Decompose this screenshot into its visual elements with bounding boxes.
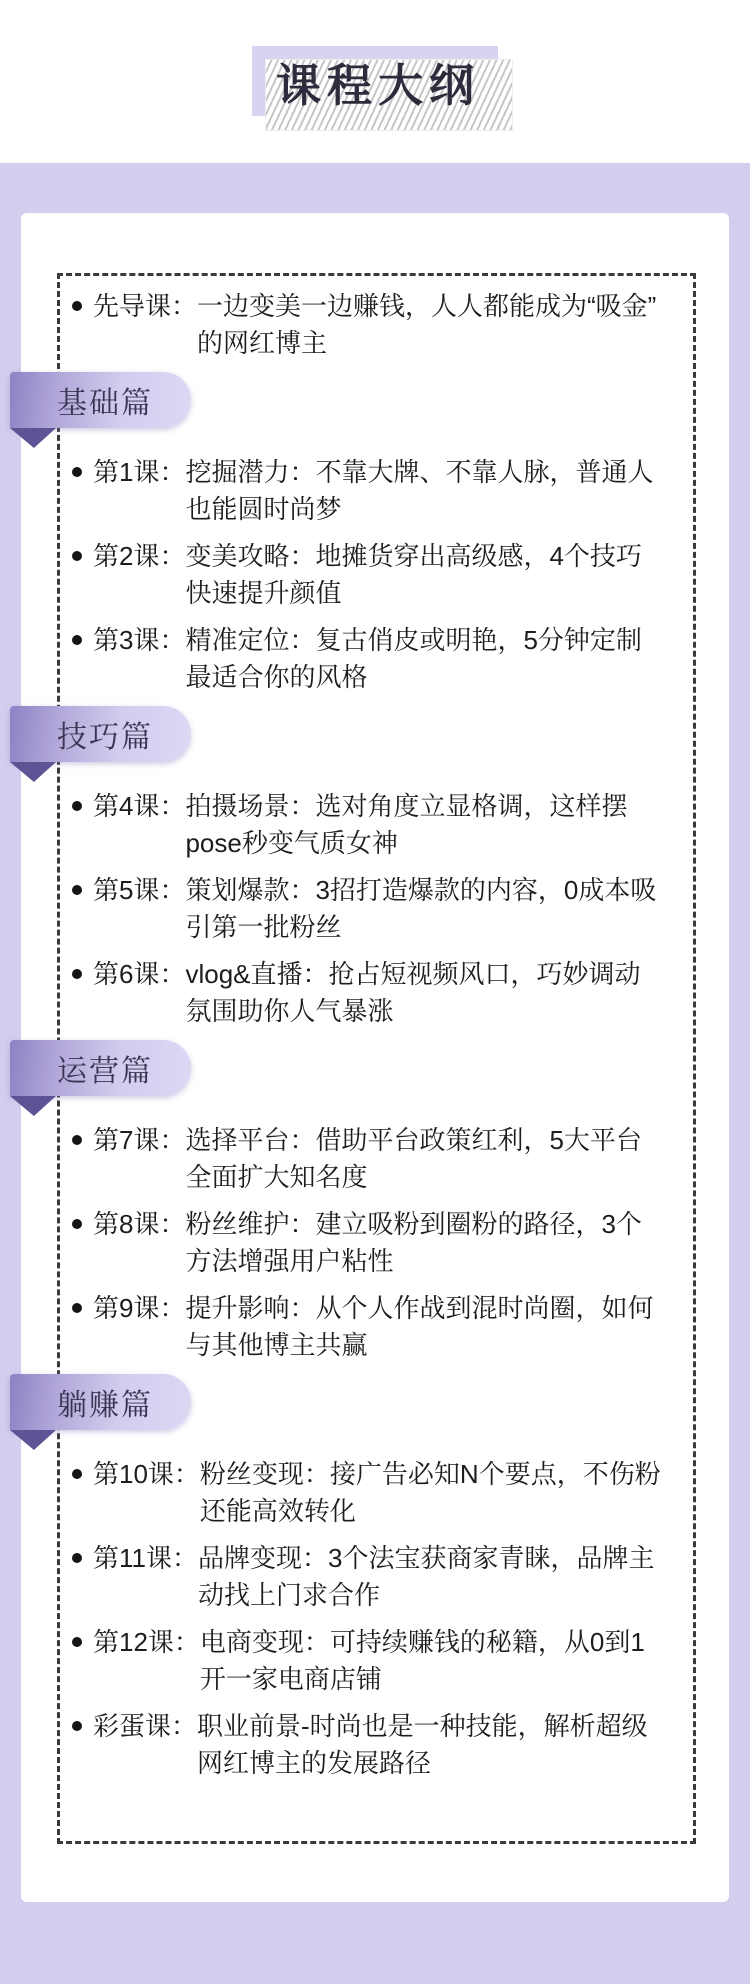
outline-content: 先导课： 一边变美一边赚钱，人人都能成为“吸金”的网红博主 基础篇 第1课： 挖… [21, 213, 729, 1782]
course-text: 一边变美一边赚钱，人人都能成为“吸金”的网红博主 [197, 288, 665, 362]
page-title-plaque: 课程大纲 [252, 46, 498, 116]
course-item-3: 第3课： 精准定位：复古俏皮或明艳，5分钟定制最适合你的风格 [93, 622, 665, 696]
course-text: 变美攻略：地摊货穿出高级感，4个技巧快速提升颜值 [185, 538, 665, 612]
course-item-6: 第6课： vlog&直播：抢占短视频风口，巧妙调动氛围助你人气暴涨 [93, 956, 665, 1030]
section-title: 躺赚篇 [57, 1380, 153, 1424]
course-label: 第10课： [93, 1456, 200, 1493]
course-text: 选择平台：借助平台政策红利，5大平台全面扩大知名度 [185, 1122, 665, 1196]
course-text: 品牌变现：3个法宝获商家青睐，品牌主动找上门求合作 [198, 1540, 665, 1614]
course-item-5: 第5课： 策划爆款：3招打造爆款的内容，0成本吸引第一批粉丝 [93, 872, 665, 946]
course-item-1: 第1课： 挖掘潜力：不靠大牌、不靠人脉，普通人也能圆时尚梦 [93, 454, 665, 528]
course-text: 提升影响：从个人作战到混时尚圈，如何与其他博主共赢 [185, 1290, 665, 1364]
course-label: 第4课： [93, 788, 185, 825]
course-label: 第11课： [93, 1540, 198, 1577]
course-item-12: 第12课： 电商变现：可持续赚钱的秘籍，从0到1开一家电商店铺 [93, 1624, 665, 1698]
course-item-11: 第11课： 品牌变现：3个法宝获商家青睐，品牌主动找上门求合作 [93, 1540, 665, 1614]
course-label: 第2课： [93, 538, 185, 575]
course-item-7: 第7课： 选择平台：借助平台政策红利，5大平台全面扩大知名度 [93, 1122, 665, 1196]
course-item-9: 第9课： 提升影响：从个人作战到混时尚圈，如何与其他博主共赢 [93, 1290, 665, 1364]
course-outline-page: 课程大纲 先导课： 一边变美一边赚钱，人人都能成为“吸金”的网红博主 基础篇 第… [0, 0, 750, 1984]
course-text: 拍摄场景：选对角度立显格调，这样摆pose秒变气质女神 [185, 788, 665, 862]
page-title: 课程大纲 [270, 49, 480, 114]
course-item-2: 第2课： 变美攻略：地摊货穿出高级感，4个技巧快速提升颜值 [93, 538, 665, 612]
course-label: 第12课： [93, 1624, 200, 1661]
course-text: 粉丝变现：接广告必知N个要点，不伤粉还能高效转化 [200, 1456, 665, 1530]
section-title: 运营篇 [57, 1046, 153, 1090]
section-ribbon-skills: 技巧篇 [10, 706, 191, 762]
course-label: 第9课： [93, 1290, 185, 1327]
section-title: 基础篇 [57, 378, 153, 422]
course-label: 第7课： [93, 1122, 185, 1159]
course-item-4: 第4课： 拍摄场景：选对角度立显格调，这样摆pose秒变气质女神 [93, 788, 665, 862]
section-title: 技巧篇 [57, 712, 153, 756]
course-text: 职业前景-时尚也是一种技能，解析超级网红博主的发展路径 [197, 1708, 665, 1782]
course-item-8: 第8课： 粉丝维护：建立吸粉到圈粉的路径，3个方法增强用户粘性 [93, 1206, 665, 1280]
section-ribbon-basics: 基础篇 [10, 372, 191, 428]
course-item-10: 第10课： 粉丝变现：接广告必知N个要点，不伤粉还能高效转化 [93, 1456, 665, 1530]
course-label: 第5课： [93, 872, 185, 909]
outline-card: 先导课： 一边变美一边赚钱，人人都能成为“吸金”的网红博主 基础篇 第1课： 挖… [21, 213, 729, 1902]
course-label: 第3课： [93, 622, 185, 659]
course-text: 策划爆款：3招打造爆款的内容，0成本吸引第一批粉丝 [185, 872, 665, 946]
course-label: 第1课： [93, 454, 185, 491]
course-text: 粉丝维护：建立吸粉到圈粉的路径，3个方法增强用户粘性 [185, 1206, 665, 1280]
course-text: vlog&直播：抢占短视频风口，巧妙调动氛围助你人气暴涨 [185, 956, 665, 1030]
section-ribbon-operations: 运营篇 [10, 1040, 191, 1096]
section-ribbon-passive-income: 躺赚篇 [10, 1374, 191, 1430]
course-text: 电商变现：可持续赚钱的秘籍，从0到1开一家电商店铺 [200, 1624, 665, 1698]
course-label: 彩蛋课： [93, 1708, 197, 1745]
course-label: 第6课： [93, 956, 185, 993]
course-text: 挖掘潜力：不靠大牌、不靠人脉，普通人也能圆时尚梦 [185, 454, 665, 528]
intro-course-item: 先导课： 一边变美一边赚钱，人人都能成为“吸金”的网红博主 [93, 288, 665, 362]
course-text: 精准定位：复古俏皮或明艳，5分钟定制最适合你的风格 [185, 622, 665, 696]
course-label: 先导课： [93, 288, 197, 325]
course-label: 第8课： [93, 1206, 185, 1243]
course-item-bonus: 彩蛋课： 职业前景-时尚也是一种技能，解析超级网红博主的发展路径 [93, 1708, 665, 1782]
